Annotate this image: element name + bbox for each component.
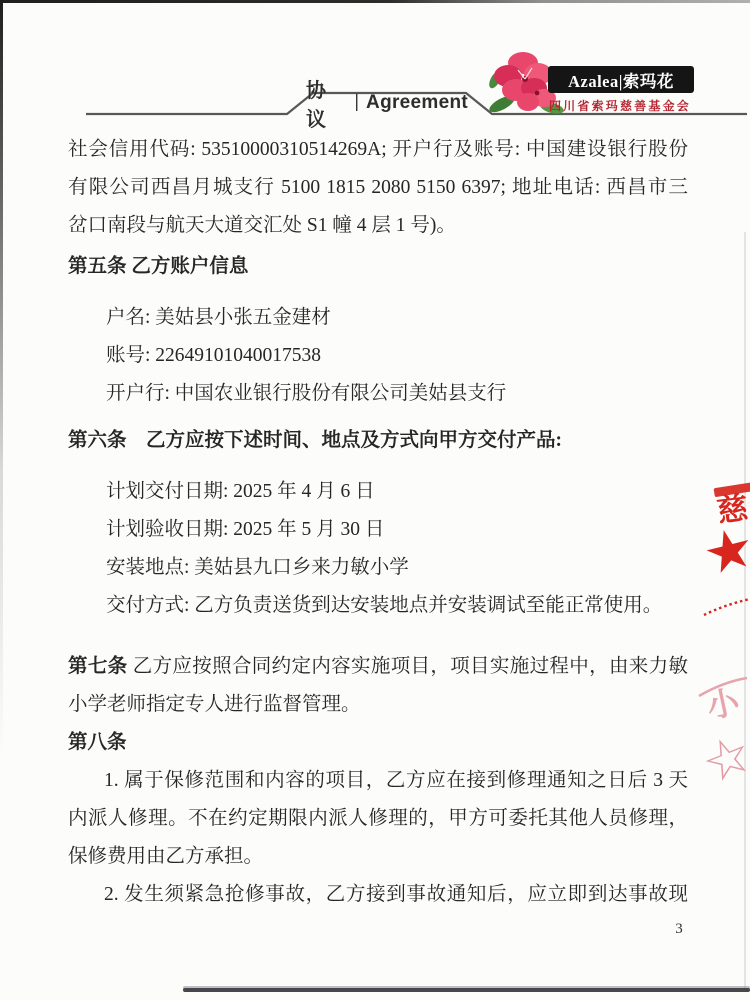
official-seal-fragment-top: 慈 ★ [702,482,750,624]
paragraph-line: 小学老师指定专人进行监督管理。 [68,686,688,724]
item-2-line: 2. 发生须紧急抢修事故，乙方接到事故通知后，应立即到达事故现 [68,876,688,914]
seal-star-outline-icon: ☆ [695,725,750,793]
seal-arc-marks [702,596,750,618]
item-1-line: 1. 属于保修范围和内容的项目，乙方应在接到修理通知之日后 3 天 [68,762,688,800]
paragraph-line: 岔口南段与航天大道交汇处 S1 幢 4 层 1 号)。 [68,207,688,245]
header-tab-label: 协议 | Agreement [306,91,468,114]
seal-character: 小 [704,685,742,723]
page-number: 3 [668,921,690,938]
tab-label-zh: 协议 [306,74,347,132]
install-location-line: 安装地点: 美姑县九口乡来力敏小学 [68,549,688,587]
account-name-line: 户名: 美姑县小张五金建材 [68,299,688,337]
clause-heading-5: 第五条 乙方账户信息 [68,248,688,286]
account-number-line: 账号: 22649101040017538 [68,337,688,375]
acceptance-date-line: 计划验收日期: 2025 年 5 月 30 日 [68,511,688,549]
paragraph-line: 社会信用代码: 53510000310514269A; 开户行及账号: 中国建设… [68,131,688,169]
official-seal-fragment-bottom: 小 ☆ [697,666,750,798]
tab-label-en: Agreement [366,92,468,114]
scan-edge-bottom [183,988,750,992]
delivery-date-line: 计划交付日期: 2025 年 4 月 6 日 [68,473,688,511]
clause-7-line: 第七条 乙方应按照合同约定内容实施项目，项目实施过程中，由来力敏 [68,648,688,686]
clause-heading-6: 第六条 乙方应按下述时间、地点及方式向甲方交付产品: [68,422,688,460]
tab-separator: | [354,91,359,112]
clause-heading-8: 第八条 [68,724,688,762]
seal-arc-stroke [697,672,749,698]
bank-line: 开户行: 中国农业银行股份有限公司美姑县支行 [68,375,688,413]
scan-edge-right [744,232,746,988]
logo-org-name: 四川省索玛慈善基金会 [544,97,696,114]
paragraph-line: 内派人修理。不在约定期限内派人修理的，甲方可委托其他人员修理， [68,800,688,838]
logo-badge: Azalea|索玛花 [548,66,694,93]
delivery-method-line: 交付方式: 乙方负责送货到达安装地点并安装调试至能正常使用。 [68,587,688,625]
paragraph-line: 有限公司西昌月城支行 5100 1815 2080 5150 6397; 地址电… [68,169,688,207]
foundation-logo: Azalea|索玛花 四川省索玛慈善基金会 [480,44,696,114]
seal-star-icon: ★ [698,519,750,585]
clause-7-lead: 第七条 [68,656,128,677]
scanned-agreement-page: 协议 | Agreement Azalea|索玛花 四川省索玛慈善基金会 社会信… [0,0,750,1000]
document-body: 社会信用代码: 53510000310514269A; 开户行及账号: 中国建设… [68,131,688,914]
paragraph-line: 保修费用由乙方承担。 [68,838,688,876]
